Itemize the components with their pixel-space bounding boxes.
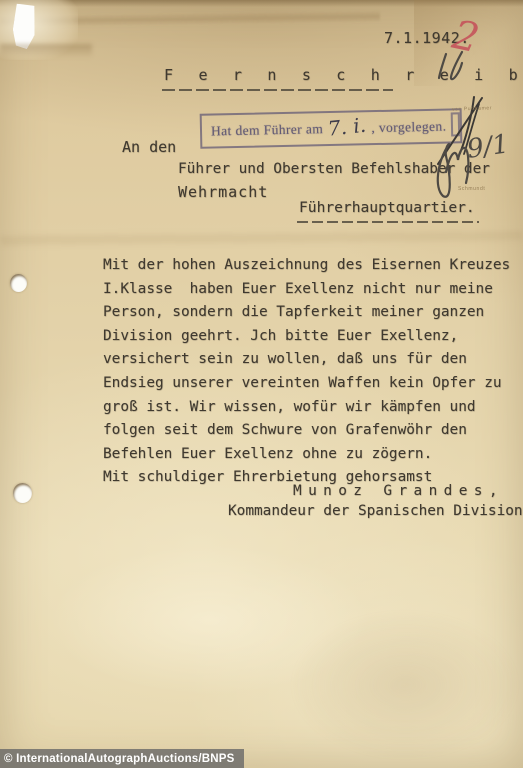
punch-hole-top — [10, 274, 27, 292]
recipient-line2: Wehrmacht — [178, 183, 268, 201]
photo-credit-text: © InternationalAutographAuctions/BNPS — [4, 753, 235, 765]
paper-crease — [290, 610, 520, 760]
telegram-document-photo: 7.1.1942. 2 F e r n s c h r e i b e n Ha… — [0, 0, 523, 768]
paper-crease — [0, 228, 523, 249]
location-underline — [297, 221, 479, 223]
signature-name: Munoz Grandes, — [293, 483, 504, 499]
title-underline — [162, 89, 393, 91]
stamp-text-before: Hat dem Führer am — [211, 121, 323, 139]
body-line: Person, sondern die Tapferkeit meiner ga… — [103, 301, 510, 325]
paper-crease — [50, 545, 370, 695]
photo-credit-watermark: © InternationalAutographAuctions/BNPS — [0, 749, 244, 768]
recipient-salutation: An den — [122, 138, 176, 156]
body-line: versichert sein zu wollen, daß uns für d… — [103, 348, 510, 372]
body-line: Division geehrt. Jch bitte Euer Exellenz… — [103, 325, 510, 349]
document-title: F e r n s c h r e i b e n — [164, 66, 523, 84]
body-line: Befehlen Euer Exellenz ohne zu zögern. — [103, 443, 510, 467]
paper-top-edge-shadow — [0, 0, 523, 7]
stamp-handwritten-date: 7. i. — [327, 112, 368, 140]
body-line: Mit der hohen Auszeichnung des Eisernen … — [103, 254, 510, 278]
signature-title: Kommandeur der Spanischen Division . — [228, 503, 523, 519]
body-line: I.Klasse haben Euer Exellenz nicht nur m… — [103, 278, 510, 302]
torn-corner-shadow — [0, 44, 92, 58]
body-paragraph: Mit der hohen Auszeichnung des Eisernen … — [103, 254, 510, 490]
body-line: groß ist. Wir wissen, wofür wir kämpfen … — [103, 396, 510, 420]
punch-hole-bottom — [13, 483, 32, 503]
handwritten-number: 9/1 — [465, 131, 510, 163]
body-line: Endsieg unserer vereinten Waffen kein Op… — [103, 372, 510, 396]
body-line: folgen seit dem Schwure von Grafenwöhr d… — [103, 419, 510, 443]
